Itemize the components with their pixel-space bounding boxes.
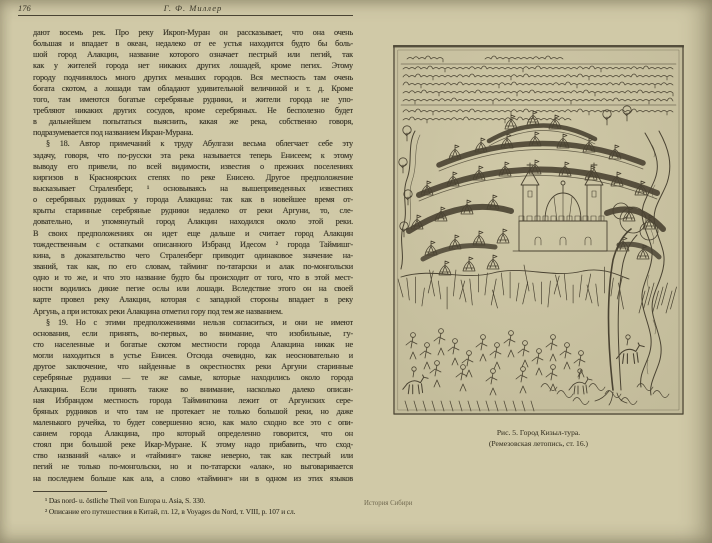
- text-line: дают восемь рек. Про реку Икроп-Муран он…: [33, 27, 353, 38]
- text-line: бряных рудников и что там не протекает н…: [33, 406, 353, 417]
- text-line: городу подчинялось много других меньших …: [33, 72, 353, 83]
- text-line: § 18. Автор примечаний к труду Абулгази …: [33, 138, 353, 149]
- engraving-kizyl-tura: [393, 45, 684, 415]
- text-line: того, там имеются богатые серебряные руд…: [33, 94, 353, 105]
- text-line: довательно, и упомянутый город Алакцин н…: [33, 216, 353, 227]
- text-line: ности водились дикие пегие ослы или лоша…: [33, 283, 353, 294]
- text-line: о серебряных рудниках у города Алакцина:…: [33, 194, 353, 205]
- text-line: стоял при большой реке Икар-Муране. К эт…: [33, 439, 353, 450]
- text-line: сто населенные и богатые скотом местност…: [33, 339, 353, 350]
- text-line: основания, если принять, во-первых, во в…: [33, 328, 353, 339]
- text-line: на последнем больше как ала, а слово «та…: [33, 473, 353, 484]
- text-line: крыты старинные серебряные рудники недал…: [33, 205, 353, 216]
- text-line: требляют никаких других сосудов, кроме с…: [33, 105, 353, 116]
- text-line: Алакцина. Если принять также во внимание…: [33, 384, 353, 395]
- text-line: пегий не только по-монгольски, но и по-т…: [33, 461, 353, 472]
- text-line: маленького ручейка, то будет совершенно …: [33, 417, 353, 428]
- running-head: Г. Ф. Миллер: [33, 3, 353, 13]
- text-line: тождественным с остатками описанного Изб…: [33, 239, 353, 250]
- figure-caption-line1: Рис. 5. Город Кизыл-тура.: [393, 428, 684, 439]
- signature-mark: История Сибири: [364, 500, 412, 507]
- body-text-column: дают восемь рек. Про реку Икроп-Муран он…: [33, 27, 353, 484]
- page-number: 176: [18, 3, 31, 13]
- header-rule: [18, 15, 353, 16]
- text-line: званий, так как, по его словам, тайминг …: [33, 261, 353, 272]
- text-line: Аргунь, а при истоках реки Алакцина отме…: [33, 306, 353, 317]
- figure-caption-line2: (Ремезовская летопись, ст. 16.): [393, 439, 684, 450]
- text-line: серебряные рудники — те же самые, которы…: [33, 372, 353, 383]
- text-line: киргизов в Красноярских степях по реке Е…: [33, 172, 353, 183]
- text-line: как у жителей города нет никаких других …: [33, 60, 353, 71]
- text-line: большая и впадает в океан, недалеко от е…: [33, 38, 353, 49]
- text-line: ство названий «алак» и «тайминг» также н…: [33, 450, 353, 461]
- text-line: в дальнейшем попытаться выяснить, какая …: [33, 116, 353, 127]
- text-line: задачу, говоря, что по-русски эта река н…: [33, 150, 353, 161]
- text-line: карте провел реку Алакцин, которая с зап…: [33, 294, 353, 305]
- footnote: ¹ Das nord- u. östliche Theil von Europa…: [33, 496, 353, 507]
- text-line: высказывает Страленберг, ¹ основываясь н…: [33, 183, 353, 194]
- text-line: богата скотом, а лошади там обладают уди…: [33, 83, 353, 94]
- text-line: кина, в доказательство чего Страленберг …: [33, 250, 353, 261]
- text-line: одно и то же, и что это название будто б…: [33, 272, 353, 283]
- text-line: выводу его привели, по всей видимости, и…: [33, 161, 353, 172]
- footnotes: ¹ Das nord- u. östliche Theil von Europa…: [33, 496, 353, 518]
- text-line: ная Избрандом местность города Таймингки…: [33, 395, 353, 406]
- text-line: § 19. Но с этими предположениями нельзя …: [33, 317, 353, 328]
- text-line: санием города Алакцина, про который опре…: [33, 428, 353, 439]
- text-line: шой город Алакцин, название которого озн…: [33, 49, 353, 60]
- book-spread: 176 Г. Ф. Миллер дают восемь рек. Про ре…: [0, 0, 712, 543]
- text-line: В своих предположениях он идет еще дальш…: [33, 228, 353, 239]
- text-line: могли находиться в устье Енисея. Отсюда …: [33, 350, 353, 361]
- text-line: другое заключение, что найденные в окрес…: [33, 361, 353, 372]
- footnote: ² Описание его путешествия в Китай, гл. …: [33, 507, 353, 518]
- footnote-rule: [33, 491, 107, 492]
- text-line: подразумевается под названием Икран-Мура…: [33, 127, 353, 138]
- figure-caption: Рис. 5. Город Кизыл-тура. (Ремезовская л…: [393, 428, 684, 449]
